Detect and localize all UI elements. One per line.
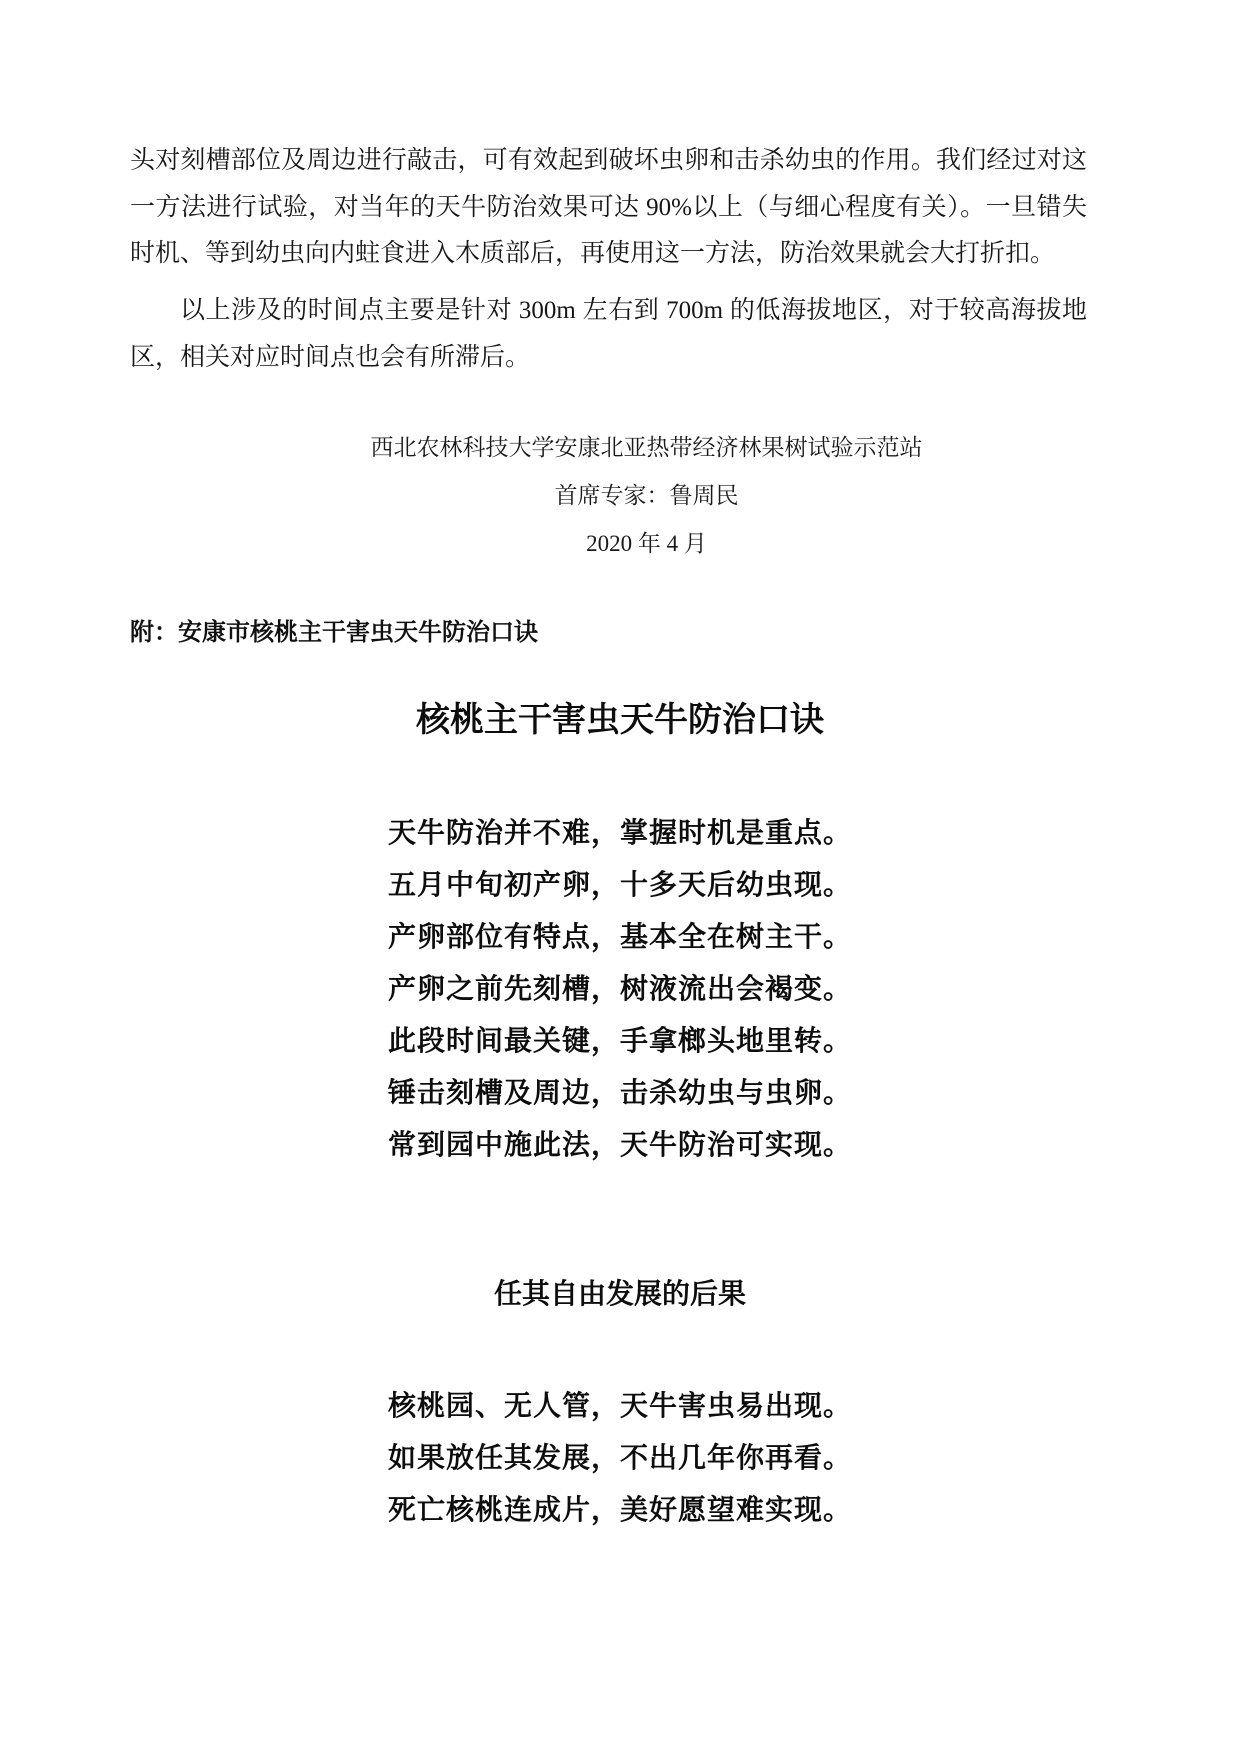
poem-block-2: 核桃园、无人管，天牛害虫易出现。 如果放任其发展，不出几年你再看。 死亡核桃连成… [130,1381,1110,1537]
poem1-line-1: 天牛防治并不难，掌握时机是重点。 [130,808,1110,860]
poem2-line-3: 死亡核桃连成片，美好愿望难实现。 [130,1485,1110,1537]
poem-block-1: 天牛防治并不难，掌握时机是重点。 五月中旬初产卵，十多天后幼虫现。 产卵部位有特… [130,808,1110,1172]
attachment-label: 附：安康市核桃主干害虫天牛防治口诀 [130,616,1110,650]
poem2-line-1: 核桃园、无人管，天牛害虫易出现。 [130,1381,1110,1433]
section-subtitle: 任其自由发展的后果 [130,1272,1110,1316]
poem2-line-2: 如果放任其发展，不出几年你再看。 [130,1433,1110,1485]
body-paragraph-2: 以上涉及的时间点主要是针对 300m 左右到 700m 的低海拔地区，对于较高海… [130,288,1087,381]
poem-main-title: 核桃主干害虫天牛防治口诀 [130,694,1110,746]
poem1-line-7: 常到园中施此法，天牛防治可实现。 [130,1120,1110,1172]
attribution-block: 西北农林科技大学安康北亚热带经济林果树试验示范站 首席专家：鲁周民 2020 年… [168,424,1125,568]
attribution-date: 2020 年 4 月 [168,520,1125,568]
poem1-line-2: 五月中旬初产卵，十多天后幼虫现。 [130,860,1110,912]
poem1-line-4: 产卵之前先刻槽，树液流出会褐变。 [130,964,1110,1016]
poem1-line-6: 锤击刻槽及周边，击杀幼虫与虫卵。 [130,1068,1110,1120]
document-page: 头对刻槽部位及周边进行敲击，可有效起到破坏虫卵和击杀幼虫的作用。我们经过对这一方… [0,0,1239,1754]
poem1-line-5: 此段时间最关键，手拿榔头地里转。 [130,1016,1110,1068]
poem1-line-3: 产卵部位有特点，基本全在树主干。 [130,912,1110,964]
attribution-expert: 首席专家：鲁周民 [168,472,1125,520]
body-paragraph-1: 头对刻槽部位及周边进行敲击，可有效起到破坏虫卵和击杀幼虫的作用。我们经过对这一方… [130,138,1087,278]
attribution-organization: 西北农林科技大学安康北亚热带经济林果树试验示范站 [168,424,1125,472]
